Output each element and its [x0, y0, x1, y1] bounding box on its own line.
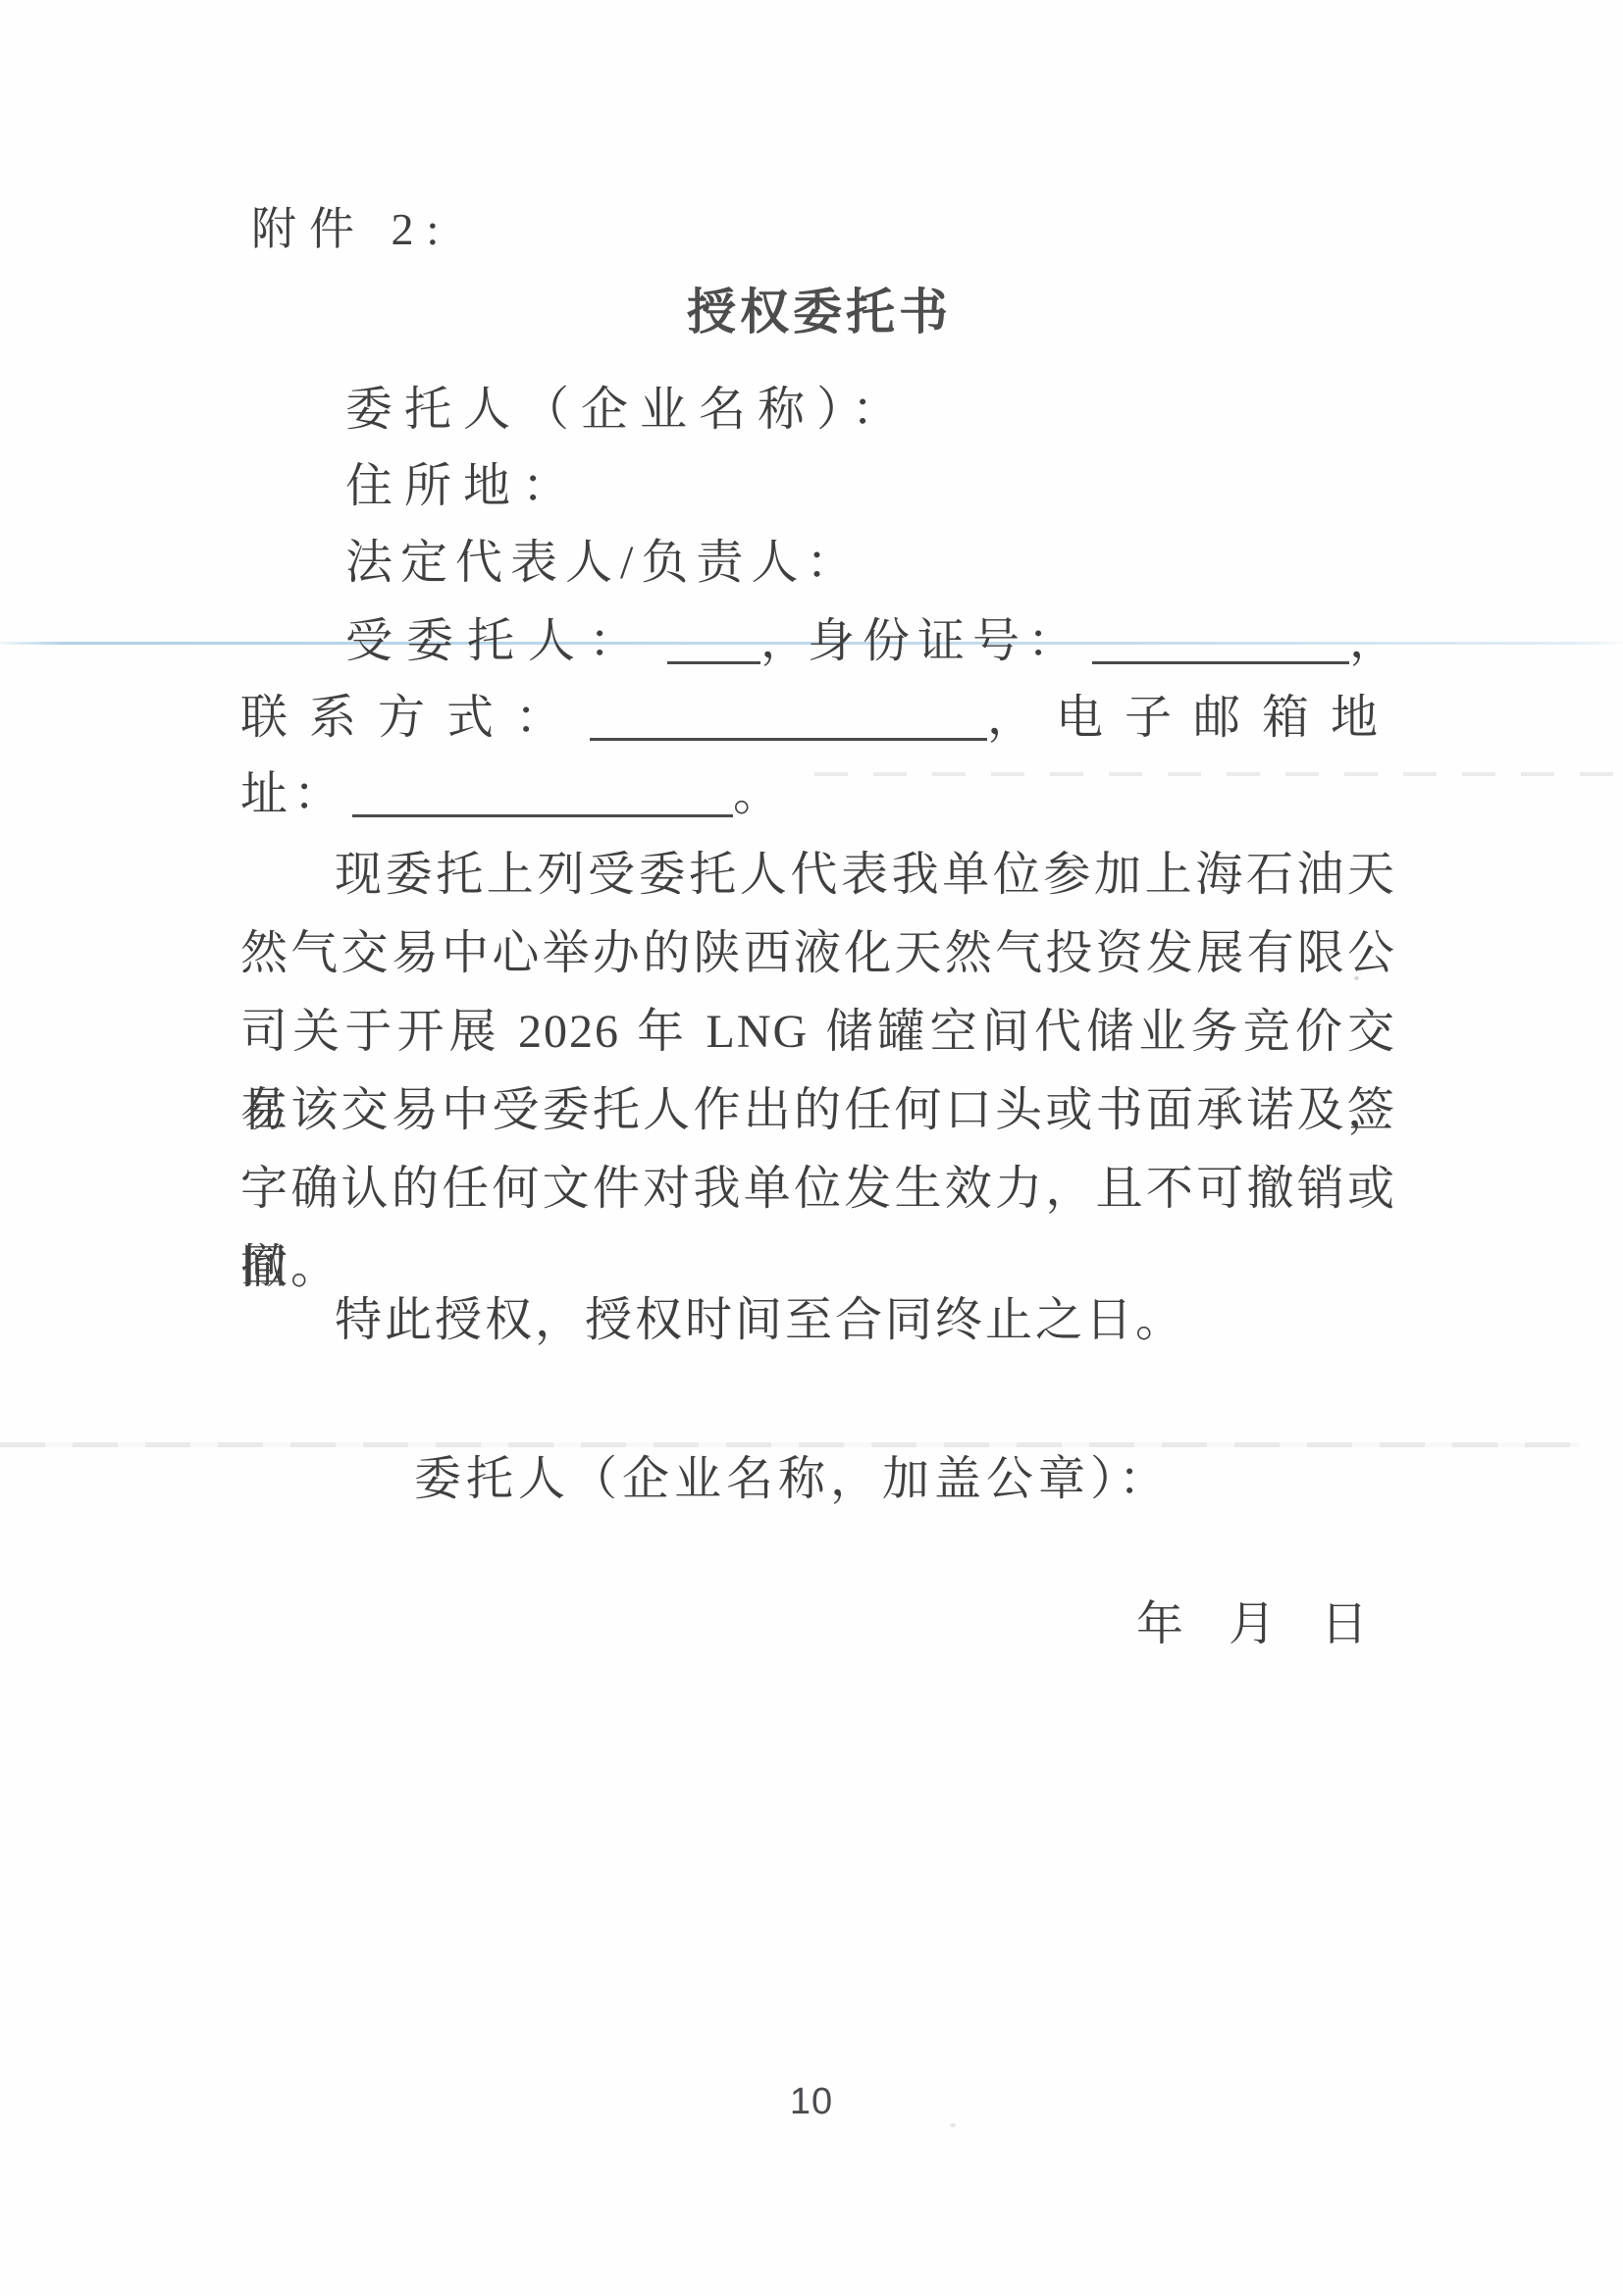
scanned-document-page: 附件 2: 授权委托书 委托人（企业名称）： 住所地： 法定代表人/负责人： 受… [0, 0, 1623, 2296]
trustee-name-blank [667, 614, 760, 664]
email-address-blank [352, 767, 733, 817]
field-legal-representative: 法定代表人/负责人： [345, 534, 861, 593]
contact-label: 联系方式： [240, 692, 584, 744]
field-contact-line: 联系方式：，电子邮箱地 [240, 683, 1399, 748]
contact-blank [590, 691, 987, 741]
trustee-label: 受委托人： [345, 615, 650, 667]
scan-artifact-gray-streak-middle [814, 772, 1619, 776]
paragraph-line: 然气交易中心举办的陕西液化天然气投资发展有限公 [240, 914, 1396, 993]
scan-artifact-gray-streak-lower [0, 1442, 1580, 1447]
document-title: 授权委托书 [240, 283, 1398, 341]
id-number-blank [1092, 614, 1349, 664]
date-year-label: 年 [1136, 1595, 1183, 1654]
signature-seal-label: 委托人（企业名称，加盖公章）： [414, 1450, 1171, 1509]
field-principal-name: 委托人（企业名称）： [345, 381, 911, 440]
paragraph-line: 司关于开展 2026 年 LNG 储罐空间代储业务竞价交易， [240, 993, 1396, 1071]
id-number-label: 身份证号： [808, 615, 1082, 667]
signature-date-line: 年 月 日 [1136, 1595, 1368, 1654]
field-trustee-line: 受委托人：，身份证号：， [345, 606, 1396, 671]
date-month-label: 月 [1229, 1595, 1276, 1654]
attachment-label: 附件 2: [251, 200, 451, 259]
date-day-label: 日 [1321, 1595, 1368, 1654]
email-label-part1: 电子邮箱地 [1056, 692, 1399, 744]
body-paragraph: 现委托上列受委托人代表我单位参加上海石油天 然气交易中心举办的陕西液化天然气投资… [240, 836, 1396, 1307]
paragraph-line: 字确认的任何文件对我单位发生效力，且不可撤销或撤 [240, 1150, 1396, 1228]
field-address: 住所地： [345, 457, 581, 516]
email-label-part2: 址： [240, 768, 346, 820]
page-number: 10 [0, 2072, 1623, 2131]
period: 。 [733, 768, 786, 820]
comma: ， [987, 692, 1056, 744]
paragraph-line: 在该交易中受委托人作出的任何口头或书面承诺及签 [240, 1071, 1396, 1150]
paragraph-line: 现委托上列受委托人代表我单位参加上海石油天 [240, 836, 1396, 914]
field-email-address-line: 址：。 [240, 759, 786, 824]
closing-statement: 特此授权，授权时间至合同终止之日。 [240, 1291, 1185, 1350]
comma: ， [1349, 615, 1396, 667]
comma: ， [760, 615, 808, 667]
